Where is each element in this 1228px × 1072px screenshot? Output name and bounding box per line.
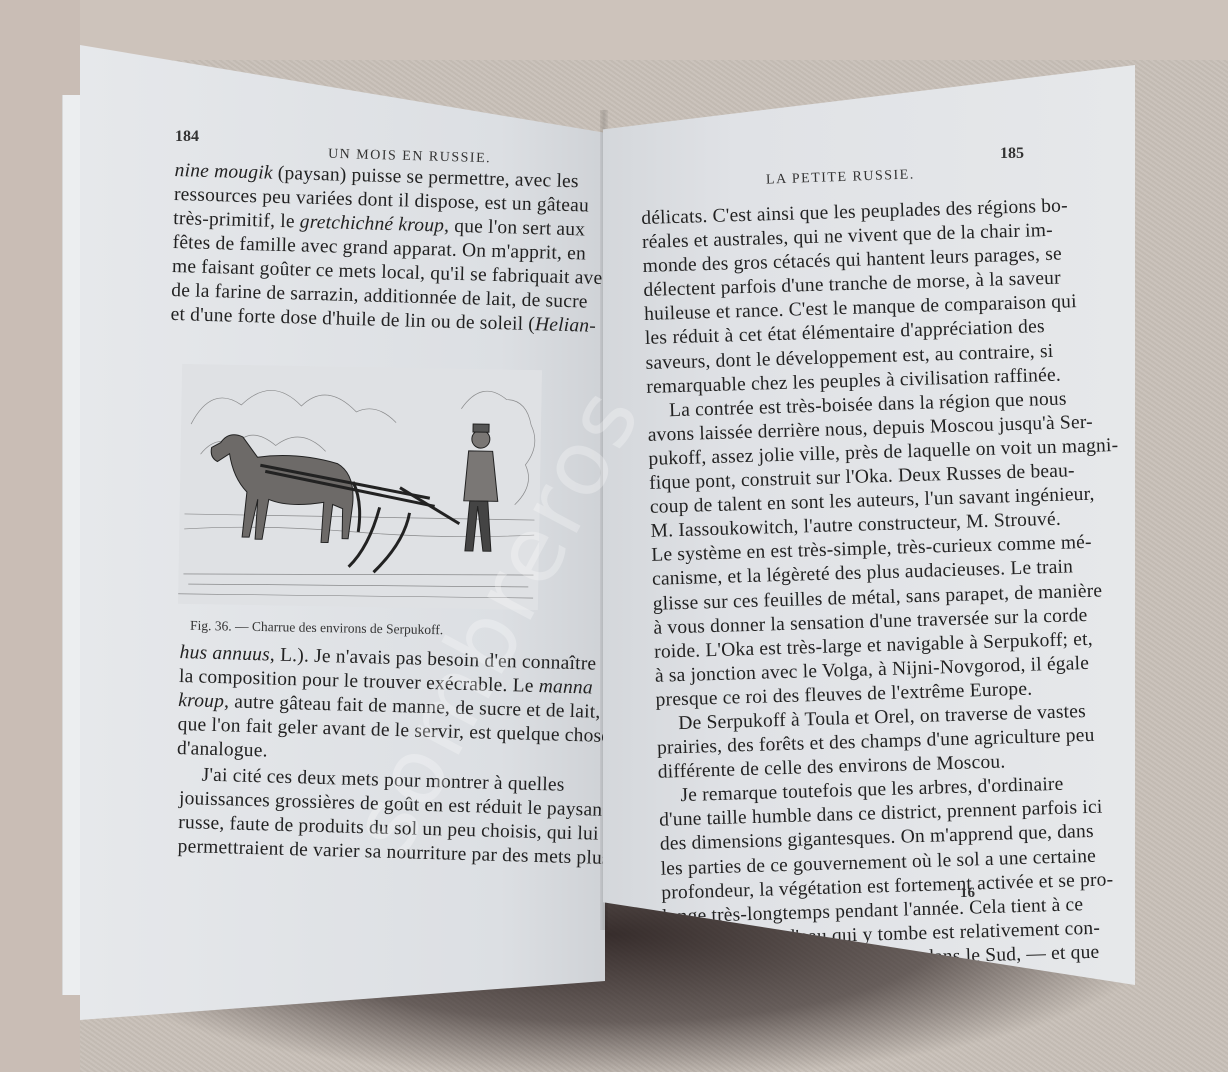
italic-term: kroup <box>178 690 224 712</box>
running-head-right: LA PETITE RUSSIE. <box>766 167 915 188</box>
left-page: 184 UN MOIS EN RUSSIE. nine mougik (pays… <box>80 45 605 1020</box>
figure-engraving-plough <box>178 364 542 610</box>
italic-term: nine mougik <box>174 160 273 184</box>
italic-term: gretchichné kroup <box>300 212 445 237</box>
page-number-left: 184 <box>175 128 199 146</box>
left-paragraph-3: J'ai cité ces deux mets pour montrer à q… <box>177 763 565 870</box>
italic-term: Helian- <box>535 314 597 337</box>
figure-caption: Fig. 36. — Charrue des environs de Serpu… <box>190 618 443 638</box>
italic-term: manna <box>538 676 593 699</box>
right-page-body: délicats. C'est ainsi que les peuplades … <box>641 195 1064 978</box>
left-paragraph-1: nine mougik (paysan) puisse se permettre… <box>170 159 565 338</box>
plough-illustration-icon <box>178 364 542 610</box>
italic-term: hus annuus <box>179 642 270 666</box>
background-cloth-top <box>0 0 1228 60</box>
signature-mark: 16 <box>960 885 975 902</box>
left-paragraph-2: hus annuus, L.). Je n'avais pas besoin d… <box>177 641 565 772</box>
page-number-right: 185 <box>1000 145 1024 163</box>
right-page: 185 LA PETITE RUSSIE. délicats. C'est ai… <box>603 65 1135 985</box>
book-page-edge <box>62 95 83 995</box>
